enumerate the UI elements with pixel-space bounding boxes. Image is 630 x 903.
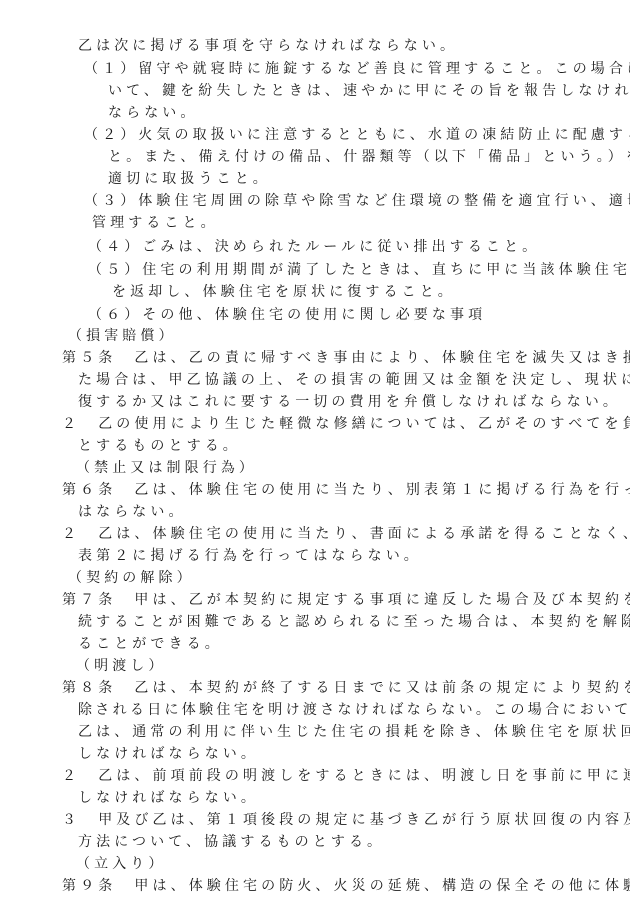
- item-4-line-1: （４）ごみは、決められたルールに従い排出すること。: [88, 238, 540, 256]
- item-3-line-1: （３）体験住宅周囲の除草や除雪など住環境の整備を適宜行い、適切に: [84, 192, 630, 210]
- item-1-line-3: ならない。: [108, 104, 199, 122]
- heading-surrender: （明渡し）: [76, 657, 167, 675]
- document-page: 乙は次に掲げる事項を守らなければならない。 （１）留守や就寝時に施錠するなど善良…: [0, 0, 630, 903]
- article-8-para-3-line-2: 方法について、協議するものとする。: [78, 833, 385, 851]
- item-3-line-2: 管理すること。: [92, 214, 219, 232]
- article-8-line-1: 第８条 乙は、本契約が終了する日までに又は前条の規定により契約を解: [62, 679, 630, 697]
- article-8-para-2-line-2: しなければならない。: [78, 789, 259, 807]
- article-5-line-3: 復するか又はこれに要する一切の費用を弁償しなければならない。: [78, 393, 621, 411]
- article-8-line-3: 乙は、通常の利用に伴い生じた住宅の損耗を除き、体験住宅を原状回復: [78, 723, 630, 741]
- article-5-line-2: た場合は、甲乙協議の上、その損害の範囲又は金額を決定し、現状に回: [78, 371, 630, 389]
- item-6-line-1: （６）その他、体験住宅の使用に関し必要な事項: [88, 306, 486, 324]
- article-8-para-2-line-1: ２ 乙は、前項前段の明渡しをするときには、明渡し日を事前に甲に連絡: [62, 767, 630, 785]
- article-5-line-1: 第５条 乙は、乙の責に帰すべき事由により、体験住宅を滅失又はき損し: [62, 349, 630, 367]
- article-8-line-2: 除される日に体験住宅を明け渡さなければならない。この場合において、: [78, 701, 630, 719]
- heading-entry: （立入り）: [76, 855, 167, 873]
- article-7-line-2: 続することが困難であると認められるに至った場合は、本契約を解除す: [78, 613, 630, 631]
- item-1-line-2: いて、鍵を紛失したときは、速やかに甲にその旨を報告しなければ: [108, 82, 630, 100]
- article-6-line-2: はならない。: [78, 503, 187, 521]
- heading-prohibited-acts: （禁止又は制限行為）: [76, 459, 257, 477]
- item-2-line-1: （２）火気の取扱いに注意するとともに、水道の凍結防止に配慮するこ: [84, 126, 630, 144]
- article-5-para-2-line-1: ２ 乙の使用により生じた軽微な修繕については、乙がそのすべてを負担: [62, 415, 630, 433]
- article-6-para-2-line-2: 表第２に掲げる行為を行ってはならない。: [78, 547, 422, 565]
- heading-damages: （損害賠償）: [68, 327, 177, 345]
- intro-line: 乙は次に掲げる事項を守らなければならない。: [78, 37, 458, 55]
- article-8-line-4: しなければならない。: [78, 745, 259, 763]
- item-2-line-2: と。また、備え付けの備品、什器類等（以下「備品」という。）を: [108, 148, 630, 166]
- article-7-line-1: 第７条 甲は、乙が本契約に規定する事項に違反した場合及び本契約を継: [62, 591, 630, 609]
- item-1-line-1: （１）留守や就寝時に施錠するなど善良に管理すること。この場合にお: [84, 60, 630, 78]
- article-7-line-3: ることができる。: [78, 635, 223, 653]
- article-6-line-1: 第６条 乙は、体験住宅の使用に当たり、別表第１に掲げる行為を行って: [62, 481, 630, 499]
- item-2-line-3: 適切に取扱うこと。: [108, 170, 271, 188]
- heading-termination: （契約の解除）: [68, 569, 195, 587]
- item-5-line-1: （５）住宅の利用期間が満了したときは、直ちに甲に当該体験住宅の鍵: [88, 261, 630, 279]
- article-5-para-2-line-2: とするものとする。: [78, 437, 241, 455]
- article-9-line-1: 第９条 甲は、体験住宅の防火、火災の延焼、構造の保全その他に体験住: [62, 877, 630, 895]
- item-5-line-2: を返却し、体験住宅を原状に復すること。: [112, 283, 456, 301]
- article-6-para-2-line-1: ２ 乙は、体験住宅の使用に当たり、書面による承諾を得ることなく、別: [62, 525, 630, 543]
- article-8-para-3-line-1: ３ 甲及び乙は、第１項後段の規定に基づき乙が行う原状回復の内容及び: [62, 811, 630, 829]
